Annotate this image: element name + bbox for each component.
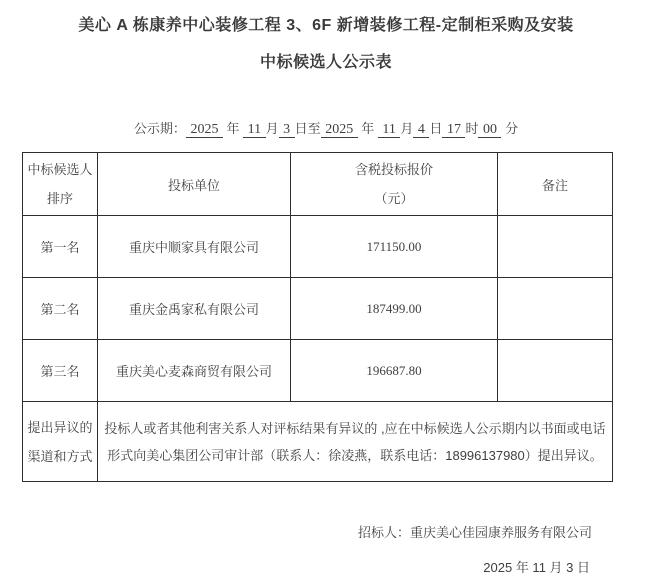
- period-start-year: 2025: [186, 122, 223, 138]
- bid-announcement-document: 美心 A 栋康养中心装修工程 3、6F 新增装修工程-定制柜采购及安装 中标候选…: [0, 0, 652, 588]
- period-end-hour: 17: [442, 122, 465, 138]
- header-rank-line2: 排序: [25, 184, 95, 213]
- period-minute-char: 分: [501, 121, 518, 136]
- rank-cell: 第一名: [23, 216, 98, 278]
- tenderer-signature: 招标人：重庆美心佳园康养服务有限公司: [0, 524, 652, 542]
- remark-cell: [498, 216, 613, 278]
- price-cell: 171150.00: [291, 216, 498, 278]
- period-label: 公示期：: [134, 121, 186, 136]
- document-title-line2: 中标候选人公示表: [0, 52, 652, 74]
- table-header-row: 中标候选人 排序 投标单位 含税投标报价 （元） 备注: [23, 153, 613, 216]
- objection-label-cell: 提出异议的 渠道和方式: [23, 402, 98, 482]
- period-year-char-2: 年: [358, 121, 378, 136]
- bidder-cell: 重庆中顺家具有限公司: [98, 216, 291, 278]
- period-end-minute: 00: [478, 122, 501, 138]
- objection-label-line2: 渠道和方式: [25, 442, 95, 471]
- signature-date: 2025 年 11 月 3 日: [0, 559, 652, 577]
- bidder-cell: 重庆金禹家私有限公司: [98, 278, 291, 340]
- header-price: 含税投标报价 （元）: [291, 153, 498, 216]
- header-price-line2: （元）: [293, 184, 495, 213]
- rank-cell: 第二名: [23, 278, 98, 340]
- header-price-line1: 含税投标报价: [293, 155, 495, 184]
- price-cell: 187499.00: [291, 278, 498, 340]
- period-end-day: 4: [413, 122, 429, 138]
- publicity-period-line: 公示期： 2025 年 11 月 3 日至 2025 年 11 月 4 日 17…: [0, 120, 652, 139]
- period-year-char: 年: [223, 121, 243, 136]
- remark-cell: [498, 278, 613, 340]
- table-row: 第一名 重庆中顺家具有限公司 171150.00: [23, 216, 613, 278]
- header-bidder: 投标单位: [98, 153, 291, 216]
- objection-row: 提出异议的 渠道和方式 投标人或者其他利害关系人对评标结果有异议的 ,应在中标候…: [23, 402, 613, 482]
- header-rank: 中标候选人 排序: [23, 153, 98, 216]
- table-row: 第二名 重庆金禹家私有限公司 187499.00: [23, 278, 613, 340]
- price-cell: 196687.80: [291, 340, 498, 402]
- period-month-char-2: 月: [400, 121, 413, 136]
- period-start-month: 11: [243, 122, 265, 138]
- period-day-char: 日: [429, 121, 442, 136]
- objection-text-cell: 投标人或者其他利害关系人对评标结果有异议的 ,应在中标候选人公示期内以书面或电话…: [98, 402, 613, 482]
- period-hour-char: 时: [465, 121, 478, 136]
- objection-label-line1: 提出异议的: [25, 413, 95, 442]
- candidates-table: 中标候选人 排序 投标单位 含税投标报价 （元） 备注 第一名 重庆中顺家具有限…: [22, 152, 613, 482]
- table-row: 第三名 重庆美心麦森商贸有限公司 196687.80: [23, 340, 613, 402]
- bidder-cell: 重庆美心麦森商贸有限公司: [98, 340, 291, 402]
- remark-cell: [498, 340, 613, 402]
- document-title-line1: 美心 A 栋康养中心装修工程 3、6F 新增装修工程-定制柜采购及安装: [0, 0, 652, 37]
- header-remark: 备注: [498, 153, 613, 216]
- period-month-char: 月: [266, 121, 279, 136]
- period-start-day: 3: [279, 122, 295, 138]
- period-to-char: 日至: [295, 121, 321, 136]
- period-end-month: 11: [378, 122, 400, 138]
- period-end-year: 2025: [321, 122, 358, 138]
- rank-cell: 第三名: [23, 340, 98, 402]
- header-rank-line1: 中标候选人: [25, 155, 95, 184]
